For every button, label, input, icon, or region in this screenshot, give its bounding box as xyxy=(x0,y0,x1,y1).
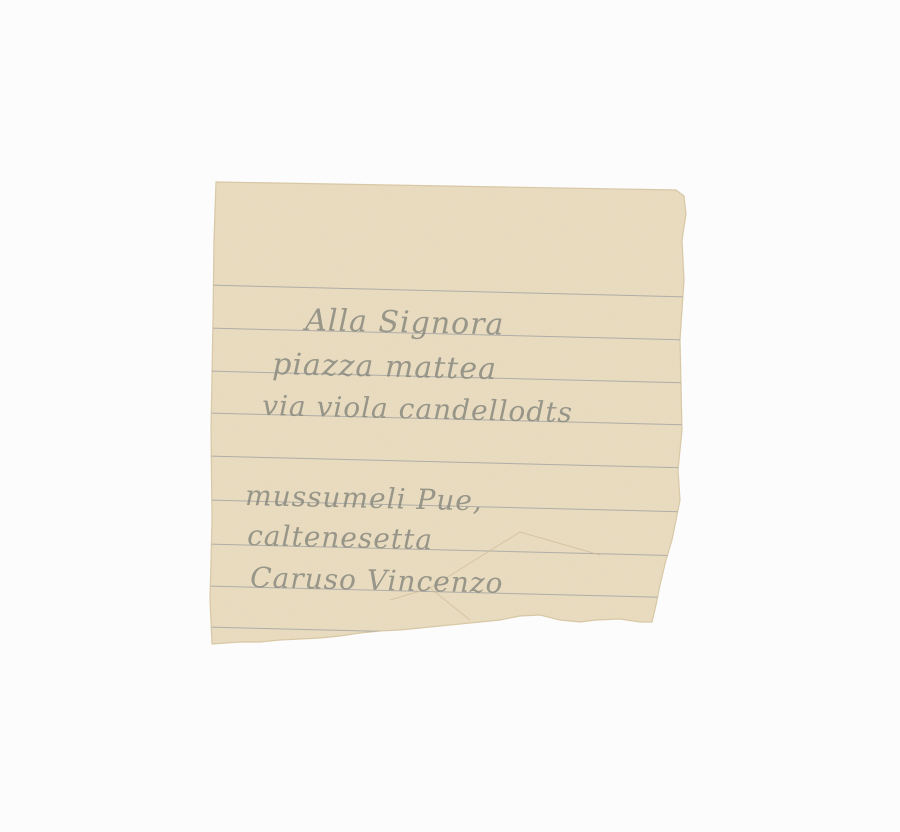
handwritten-line-province: caltenesetta xyxy=(247,519,434,556)
handwritten-line-street: via viola candellodts xyxy=(262,389,573,429)
handwritten-line-town: mussumeli Pue, xyxy=(245,479,483,517)
handwritten-line-name: Caruso Vincenzo xyxy=(250,561,504,600)
scanned-note: Alla Signora piazza mattea via viola can… xyxy=(0,0,900,832)
handwritten-line-salutation: Alla Signora xyxy=(302,303,505,343)
handwritten-line-square: piazza mattea xyxy=(272,347,498,387)
